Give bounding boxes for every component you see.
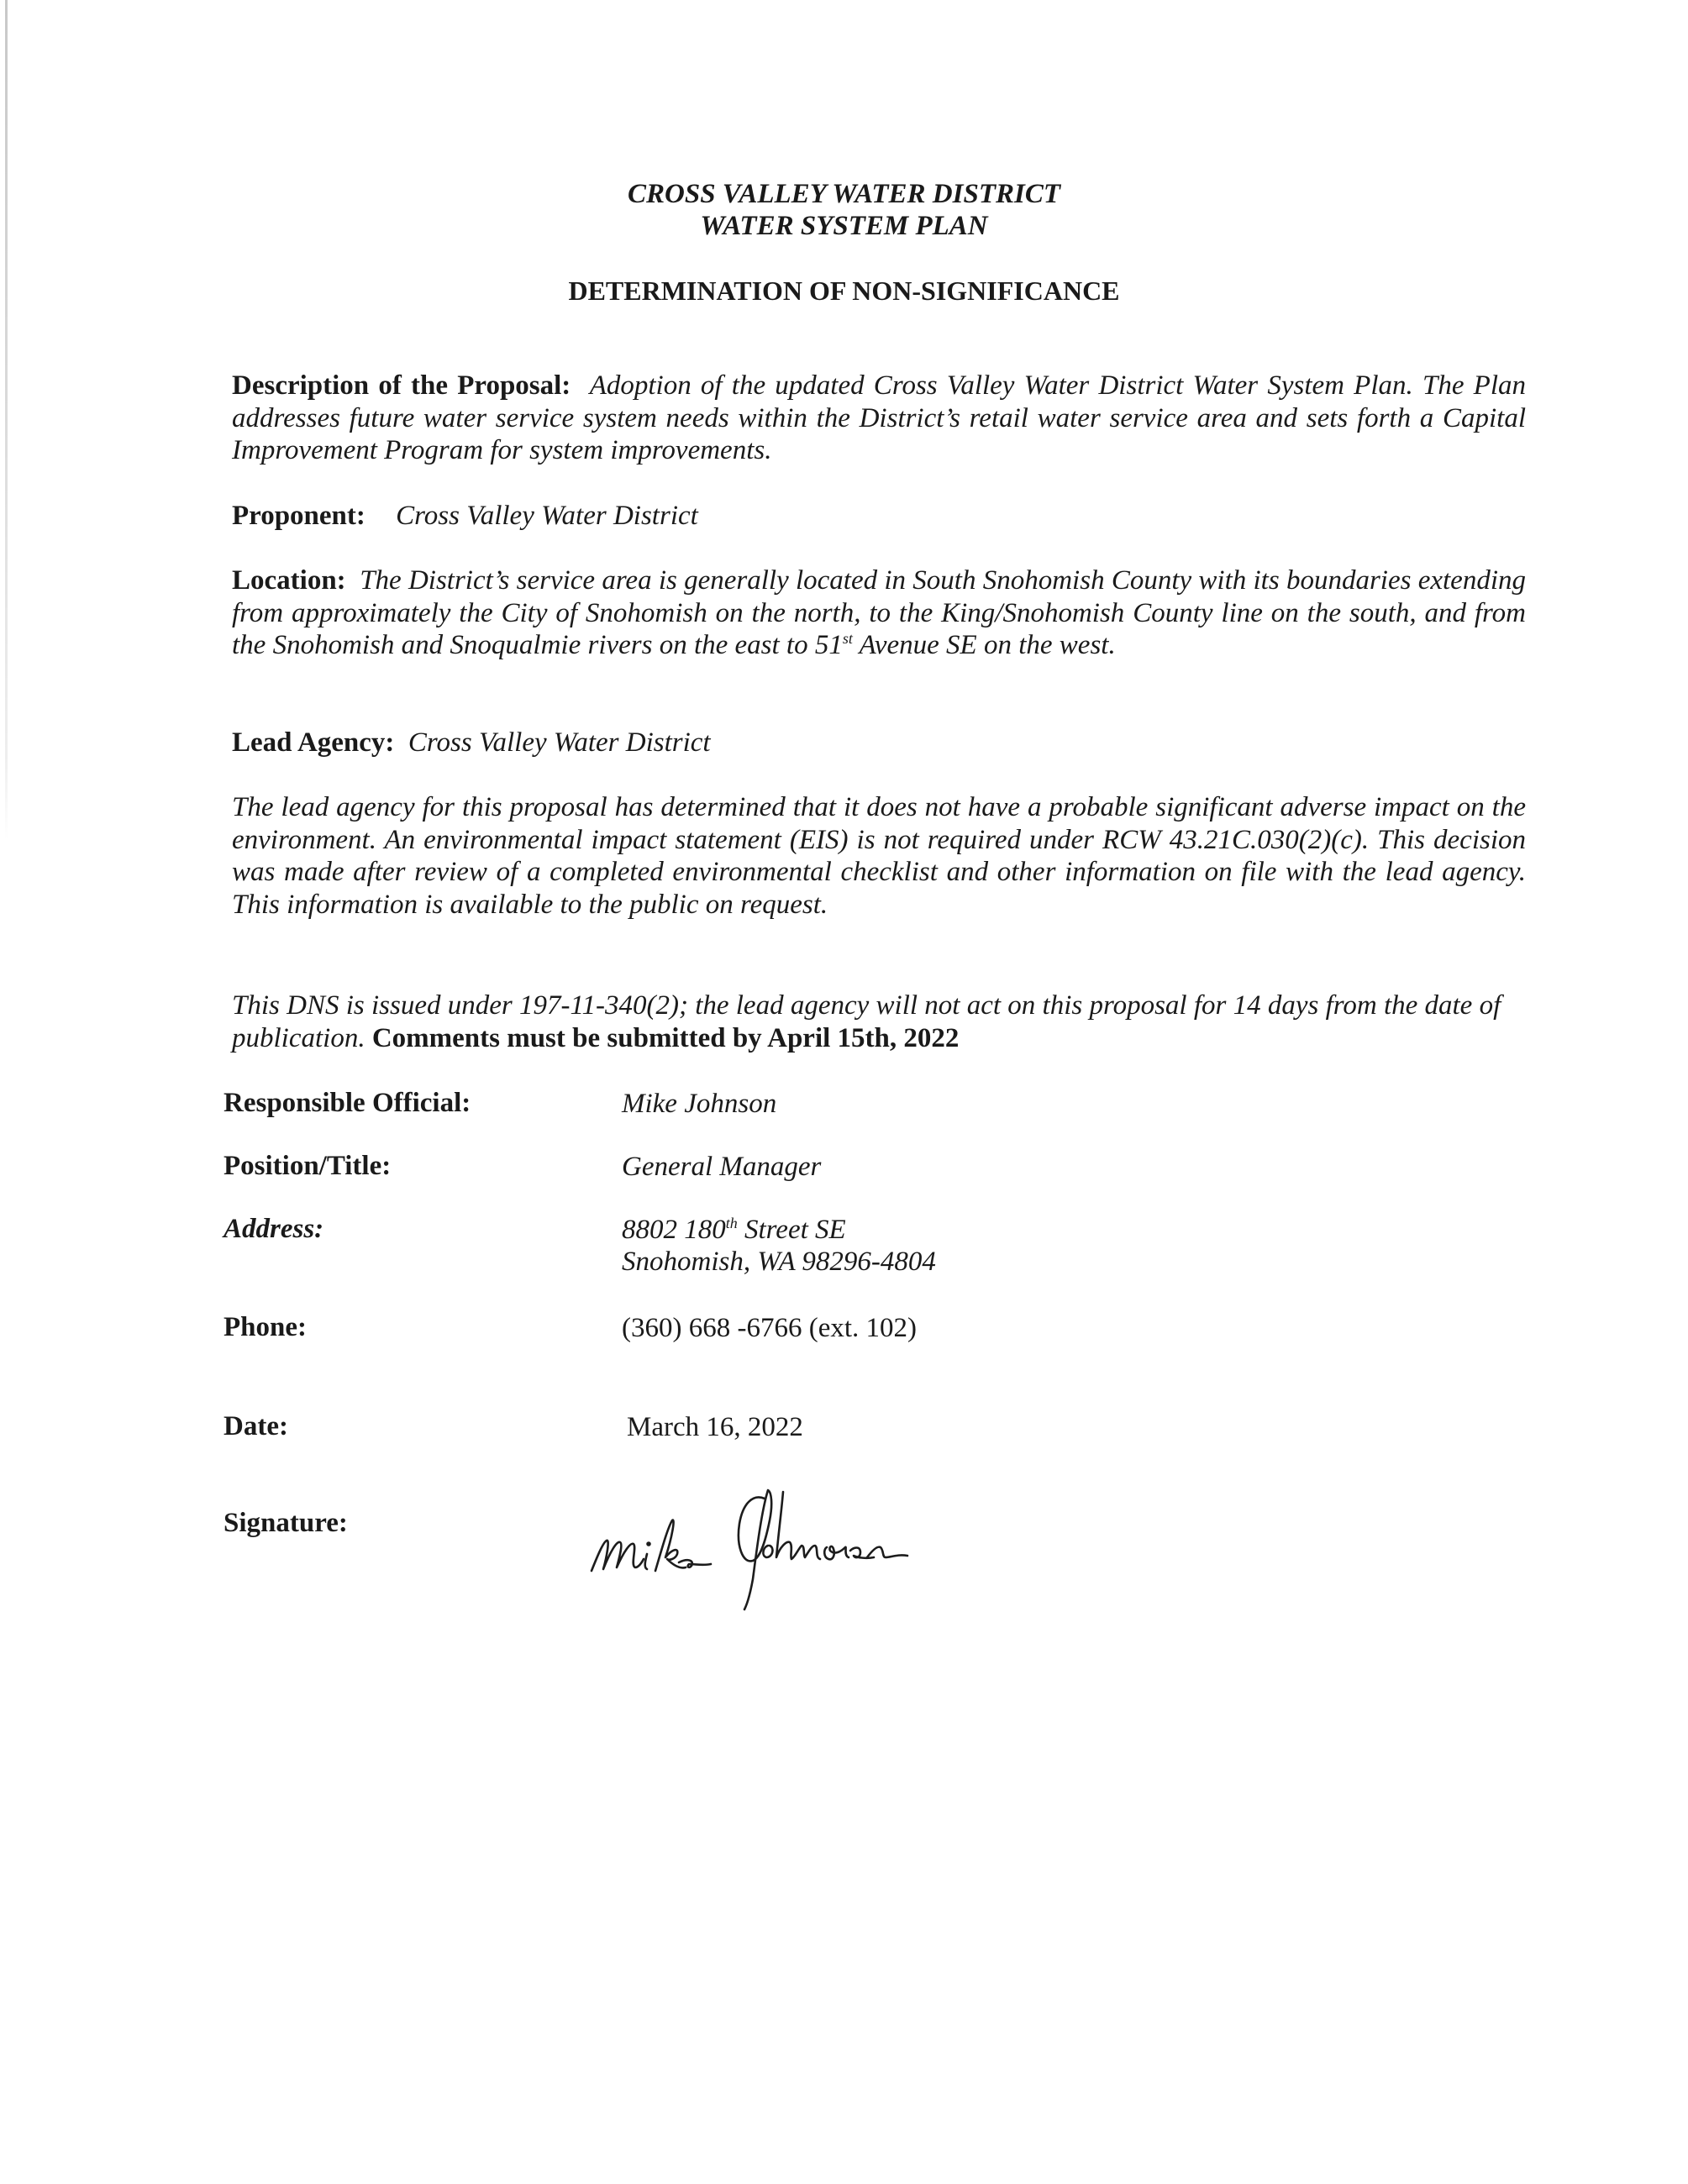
handwritten-signature — [588, 1487, 958, 1617]
proponent-section: Proponent: Cross Valley Water District — [232, 500, 1526, 533]
document-title: CROSS VALLEY WATER DISTRICT WATER SYSTEM… — [0, 178, 1688, 242]
description-label: Description of the Proposal: — [232, 370, 571, 401]
proponent-label: Proponent: — [232, 501, 365, 531]
lead-agency-section: Lead Agency: Cross Valley Water District — [232, 727, 1526, 759]
proponent-value: Cross Valley Water District — [396, 501, 698, 531]
address-label: Address: — [223, 1214, 323, 1245]
title-line-2: WATER SYSTEM PLAN — [0, 210, 1688, 242]
lead-agency-value: Cross Valley Water District — [408, 727, 711, 758]
scan-edge — [5, 0, 8, 840]
location-section: Location: The District’s service area is… — [232, 564, 1526, 662]
phone-value: (360) 668 -6766 (ext. 102) — [622, 1312, 917, 1344]
dns-notice-section: This DNS is issued under 197-11-340(2); … — [232, 990, 1526, 1054]
position-title-label: Position/Title: — [223, 1151, 391, 1182]
address-line-1: 8802 180th Street SE — [622, 1215, 846, 1245]
phone-label: Phone: — [223, 1312, 307, 1343]
title-line-1: CROSS VALLEY WATER DISTRICT — [0, 178, 1688, 210]
responsible-official-value: Mike Johnson — [622, 1088, 776, 1120]
position-title-value: General Manager — [622, 1151, 821, 1183]
responsible-official-label: Responsible Official: — [223, 1088, 471, 1119]
address-line-2: Snohomish, WA 98296-4804 — [622, 1247, 936, 1277]
document-subtitle: DETERMINATION OF NON-SIGNIFICANCE — [0, 276, 1688, 307]
location-label: Location: — [232, 565, 346, 596]
date-value: March 16, 2022 — [627, 1411, 803, 1443]
description-section: Description of the Proposal: Adoption of… — [232, 370, 1526, 467]
determination-text: The lead agency for this proposal has de… — [232, 791, 1526, 921]
lead-agency-label: Lead Agency: — [232, 727, 394, 758]
location-text: The District’s service area is generally… — [232, 565, 1526, 660]
comment-deadline: Comments must be submitted by April 15th… — [372, 1023, 960, 1053]
date-label: Date: — [223, 1411, 288, 1442]
signature-label: Signature: — [223, 1508, 348, 1539]
address-value: 8802 180th Street SE Snohomish, WA 98296… — [622, 1214, 936, 1278]
